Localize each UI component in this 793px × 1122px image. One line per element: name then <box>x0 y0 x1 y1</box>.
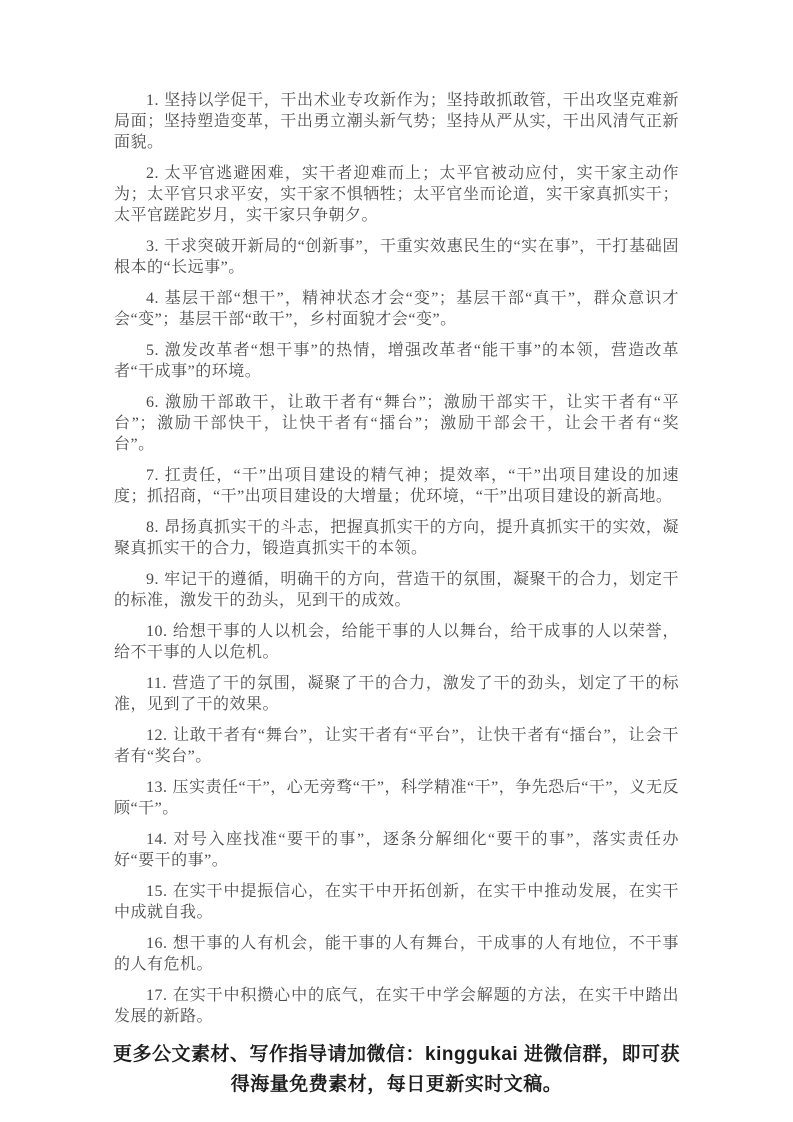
paragraph-number: 10. <box>146 623 168 640</box>
paragraph: 13.压实责任“干”，心无旁骛“干”，科学精准“干”，争先恐后“干”，义无反顾“… <box>114 777 679 819</box>
paragraph: 6.激励干部敢干，让敢干者有“舞台”；激励干部实干，让实干者有“平台”；激励干部… <box>114 392 679 455</box>
numbered-paragraph-list: 1.坚持以学促干，干出术业专攻新作为；坚持敢抓敢管，干出攻坚克难新局面；坚持塑造… <box>114 90 679 1027</box>
paragraph: 9.牢记干的遵循，明确干的方向，营造干的氛围，凝聚干的合力，划定干的标准，激发干… <box>114 569 679 611</box>
paragraph-text: 基层干部“想干”，精神状态才会“变”；基层干部“真干”，群众意识才会“变”；基层… <box>114 290 679 328</box>
promo-footer-text: 更多公文素材、写作指导请加微信：kinggukai 进微信群，即可获得海量免费素… <box>104 1040 689 1100</box>
paragraph-number: 6. <box>146 394 159 411</box>
paragraph-text: 在实干中积攒心中的底气，在实干中学会解题的方法，在实干中踏出发展的新路。 <box>114 987 679 1025</box>
paragraph: 7.扛责任，“干”出项目建设的精气神；提效率，“干”出项目建设的加速度；抓招商，… <box>114 465 679 507</box>
paragraph-number: 7. <box>146 467 159 484</box>
paragraph-number: 3. <box>146 238 159 255</box>
paragraph: 14.对号入座找准“要干的事”，逐条分解细化“要干的事”，落实责任办好“要干的事… <box>114 829 679 871</box>
paragraph-number: 14. <box>146 831 168 848</box>
paragraph-number: 5. <box>146 342 159 359</box>
paragraph-number: 12. <box>146 727 168 744</box>
paragraph-text: 在实干中提振信心，在实干中开拓创新，在实干中推动发展，在实干中成就自我。 <box>114 883 679 921</box>
paragraph-text: 营造了干的氛围，凝聚了干的合力，激发了干的劲头，划定了干的标准，见到了干的效果。 <box>114 675 679 713</box>
paragraph-number: 4. <box>146 290 159 307</box>
paragraph-text: 想干事的人有机会，能干事的人有舞台，干成事的人有地位，不干事的人有危机。 <box>114 935 679 973</box>
paragraph-text: 让敢干者有“舞台”，让实干者有“平台”，让快干者有“擂台”，让会干者有“奖台”。 <box>114 727 679 765</box>
paragraph-text: 太平官逃避困难，实干者迎难而上；太平官被动应付，实干家主动作为；太平官只求平安，… <box>114 165 679 224</box>
paragraph: 10.给想干事的人以机会，给能干事的人以舞台，给干成事的人以荣誉，给不干事的人以… <box>114 621 679 663</box>
paragraph: 1.坚持以学促干，干出术业专攻新作为；坚持敢抓敢管，干出攻坚克难新局面；坚持塑造… <box>114 90 679 153</box>
paragraph: 3.干求突破开新局的“创新事”，干重实效惠民生的“实在事”，干打基础固根本的“长… <box>114 236 679 278</box>
paragraph-number: 9. <box>146 571 159 588</box>
paragraph-text: 激发改革者“想干事”的热情，增强改革者“能干事”的本领，营造改革者“干成事”的环… <box>114 342 679 380</box>
paragraph-text: 昂扬真抓实干的斗志，把握真抓实干的方向，提升真抓实干的实效，凝聚真抓实干的合力，… <box>114 519 679 557</box>
paragraph-number: 2. <box>146 165 159 182</box>
paragraph: 16.想干事的人有机会，能干事的人有舞台，干成事的人有地位，不干事的人有危机。 <box>114 933 679 975</box>
paragraph-number: 8. <box>146 519 159 536</box>
paragraph-number: 13. <box>146 779 168 796</box>
paragraph-text: 干求突破开新局的“创新事”，干重实效惠民生的“实在事”，干打基础固根本的“长远事… <box>114 238 679 276</box>
paragraph-number: 16. <box>146 935 168 952</box>
paragraph-text: 给想干事的人以机会，给能干事的人以舞台，给干成事的人以荣誉，给不干事的人以危机。 <box>114 623 679 661</box>
paragraph-text: 压实责任“干”，心无旁骛“干”，科学精准“干”，争先恐后“干”，义无反顾“干”。 <box>114 779 679 817</box>
paragraph-text: 对号入座找准“要干的事”，逐条分解细化“要干的事”，落实责任办好“要干的事”。 <box>114 831 679 869</box>
paragraph: 4.基层干部“想干”，精神状态才会“变”；基层干部“真干”，群众意识才会“变”；… <box>114 288 679 330</box>
paragraph: 2.太平官逃避困难，实干者迎难而上；太平官被动应付，实干家主动作为；太平官只求平… <box>114 163 679 226</box>
paragraph-text: 坚持以学促干，干出术业专攻新作为；坚持敢抓敢管，干出攻坚克难新局面；坚持塑造变革… <box>114 92 679 151</box>
paragraph: 5.激发改革者“想干事”的热情，增强改革者“能干事”的本领，营造改革者“干成事”… <box>114 340 679 382</box>
paragraph: 11.营造了干的氛围，凝聚了干的合力，激发了干的劲头，划定了干的标准，见到了干的… <box>114 673 679 715</box>
paragraph-text: 牢记干的遵循，明确干的方向，营造干的氛围，凝聚干的合力，划定干的标准，激发干的劲… <box>114 571 679 609</box>
paragraph-number: 17. <box>146 987 168 1004</box>
paragraph-number: 11. <box>146 675 167 692</box>
paragraph-text: 扛责任，“干”出项目建设的精气神；提效率，“干”出项目建设的加速度；抓招商，“干… <box>114 467 679 505</box>
paragraph-number: 15. <box>146 883 168 900</box>
document-page: 1.坚持以学促干，干出术业专攻新作为；坚持敢抓敢管，干出攻坚克难新局面；坚持塑造… <box>0 0 793 1122</box>
paragraph: 15.在实干中提振信心，在实干中开拓创新，在实干中推动发展，在实干中成就自我。 <box>114 881 679 923</box>
paragraph: 8.昂扬真抓实干的斗志，把握真抓实干的方向，提升真抓实干的实效，凝聚真抓实干的合… <box>114 517 679 559</box>
paragraph-text: 激励干部敢干，让敢干者有“舞台”；激励干部实干，让实干者有“平台”；激励干部快干… <box>114 394 679 453</box>
paragraph-number: 1. <box>146 92 159 109</box>
paragraph: 17.在实干中积攒心中的底气，在实干中学会解题的方法，在实干中踏出发展的新路。 <box>114 985 679 1027</box>
paragraph: 12.让敢干者有“舞台”，让实干者有“平台”，让快干者有“擂台”，让会干者有“奖… <box>114 725 679 767</box>
